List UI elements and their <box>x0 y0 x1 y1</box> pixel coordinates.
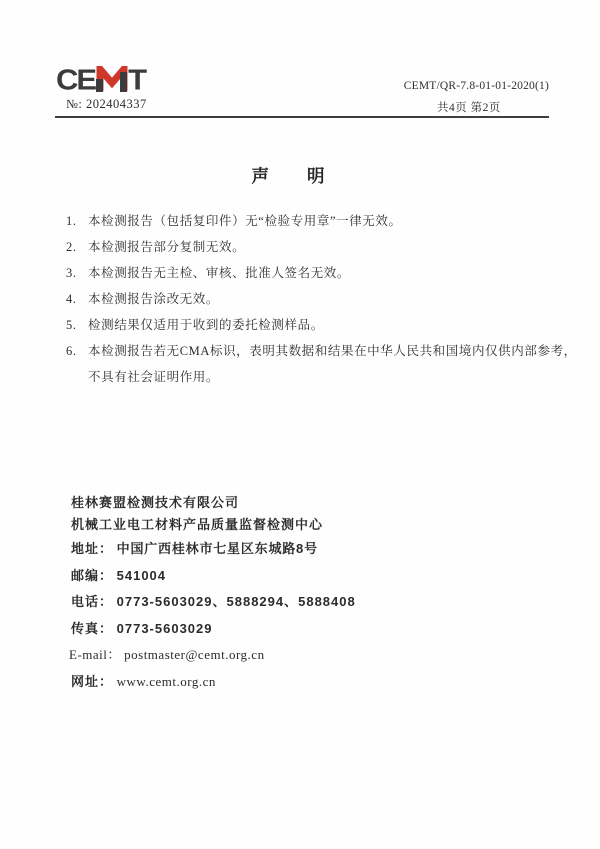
company-info: 桂林赛盟检测技术有限公司 机械工业电工材料产品质量监督检测中心 地址： 中国广西… <box>71 492 356 695</box>
postcode-label: 邮编： <box>71 568 113 583</box>
fax-label: 传真： <box>71 621 113 636</box>
email-value: postmaster@cemt.org.cn <box>124 647 264 662</box>
report-number: №: 202404337 <box>66 97 147 112</box>
document-code: CEMT/QR-7.8-01-01-2020(1) <box>404 80 549 92</box>
phone-row: 电话： 0773-5603029、5888294、5888408 <box>71 589 356 616</box>
website-row: 网址： www.cemt.org.cn <box>71 669 356 696</box>
address-value: 中国广西桂林市七星区东城路8号 <box>117 541 318 556</box>
item-number: 6. <box>66 338 88 390</box>
declaration-item-6: 6. 本检测报告若无CMA标识，表明其数据和结果在中华人民共和国境内仅供内部参考… <box>66 338 566 390</box>
report-number-label: №: <box>66 97 82 111</box>
item-text: 本检测报告部分复制无效。 <box>88 234 245 260</box>
item-text: 本检测报告（包括复印件）无“检验专用章”一律无效。 <box>88 208 402 234</box>
item-number: 3. <box>66 260 88 286</box>
item-number: 4. <box>66 286 88 312</box>
email-label: E-mail： <box>69 647 121 662</box>
report-number-value: 202404337 <box>86 97 147 111</box>
company-name: 桂林赛盟检测技术有限公司 <box>71 492 356 514</box>
address-label: 地址： <box>71 541 113 556</box>
phone-value: 0773-5603029、5888294、5888408 <box>117 594 356 609</box>
fax-value: 0773-5603029 <box>117 621 213 636</box>
website-value: www.cemt.org.cn <box>117 674 216 689</box>
company-center-name: 机械工业电工材料产品质量监督检测中心 <box>71 514 356 536</box>
item-text-line2: 不具有社会证明作用。 <box>88 364 577 390</box>
item-number: 1. <box>66 208 88 234</box>
report-page: C E T №: 202404337 CEMT/QR-7.8-01-01-202… <box>0 0 600 849</box>
item-text: 本检测报告涂改无效。 <box>88 286 219 312</box>
fax-row: 传真： 0773-5603029 <box>71 616 356 643</box>
declaration-item-3: 3. 本检测报告无主检、审核、批准人签名无效。 <box>66 260 566 286</box>
website-label: 网址： <box>71 674 113 689</box>
logo-letter-t: T <box>128 66 145 94</box>
item-number: 2. <box>66 234 88 260</box>
page-indicator: 共4页 第2页 <box>437 99 501 115</box>
postcode-value: 541004 <box>117 568 166 583</box>
email-row: E-mail： postmaster@cemt.org.cn <box>69 642 356 669</box>
declaration-item-5: 5. 检测结果仅适用于收到的委托检测样品。 <box>66 312 566 338</box>
item-text: 本检测报告若无CMA标识，表明其数据和结果在中华人民共和国境内仅供内部参考， <box>88 338 577 364</box>
declaration-item-1: 1. 本检测报告（包括复印件）无“检验专用章”一律无效。 <box>66 208 566 234</box>
cemt-logo: C E T <box>56 62 145 94</box>
logo-letter-m-icon <box>96 66 128 92</box>
item-text: 本检测报告无主检、审核、批准人签名无效。 <box>88 260 350 286</box>
logo-letter-e: E <box>76 66 95 94</box>
declaration-item-4: 4. 本检测报告涂改无效。 <box>66 286 566 312</box>
address-row: 地址： 中国广西桂林市七星区东城路8号 <box>71 536 356 563</box>
phone-label: 电话： <box>71 594 113 609</box>
page-title: 声明 <box>0 163 588 188</box>
logo-letter-c: C <box>56 66 76 94</box>
header-divider <box>55 116 549 118</box>
postcode-row: 邮编： 541004 <box>71 563 356 590</box>
item-text: 检测结果仅适用于收到的委托检测样品。 <box>88 312 324 338</box>
declaration-list: 1. 本检测报告（包括复印件）无“检验专用章”一律无效。 2. 本检测报告部分复… <box>66 208 566 390</box>
item-number: 5. <box>66 312 88 338</box>
declaration-item-2: 2. 本检测报告部分复制无效。 <box>66 234 566 260</box>
